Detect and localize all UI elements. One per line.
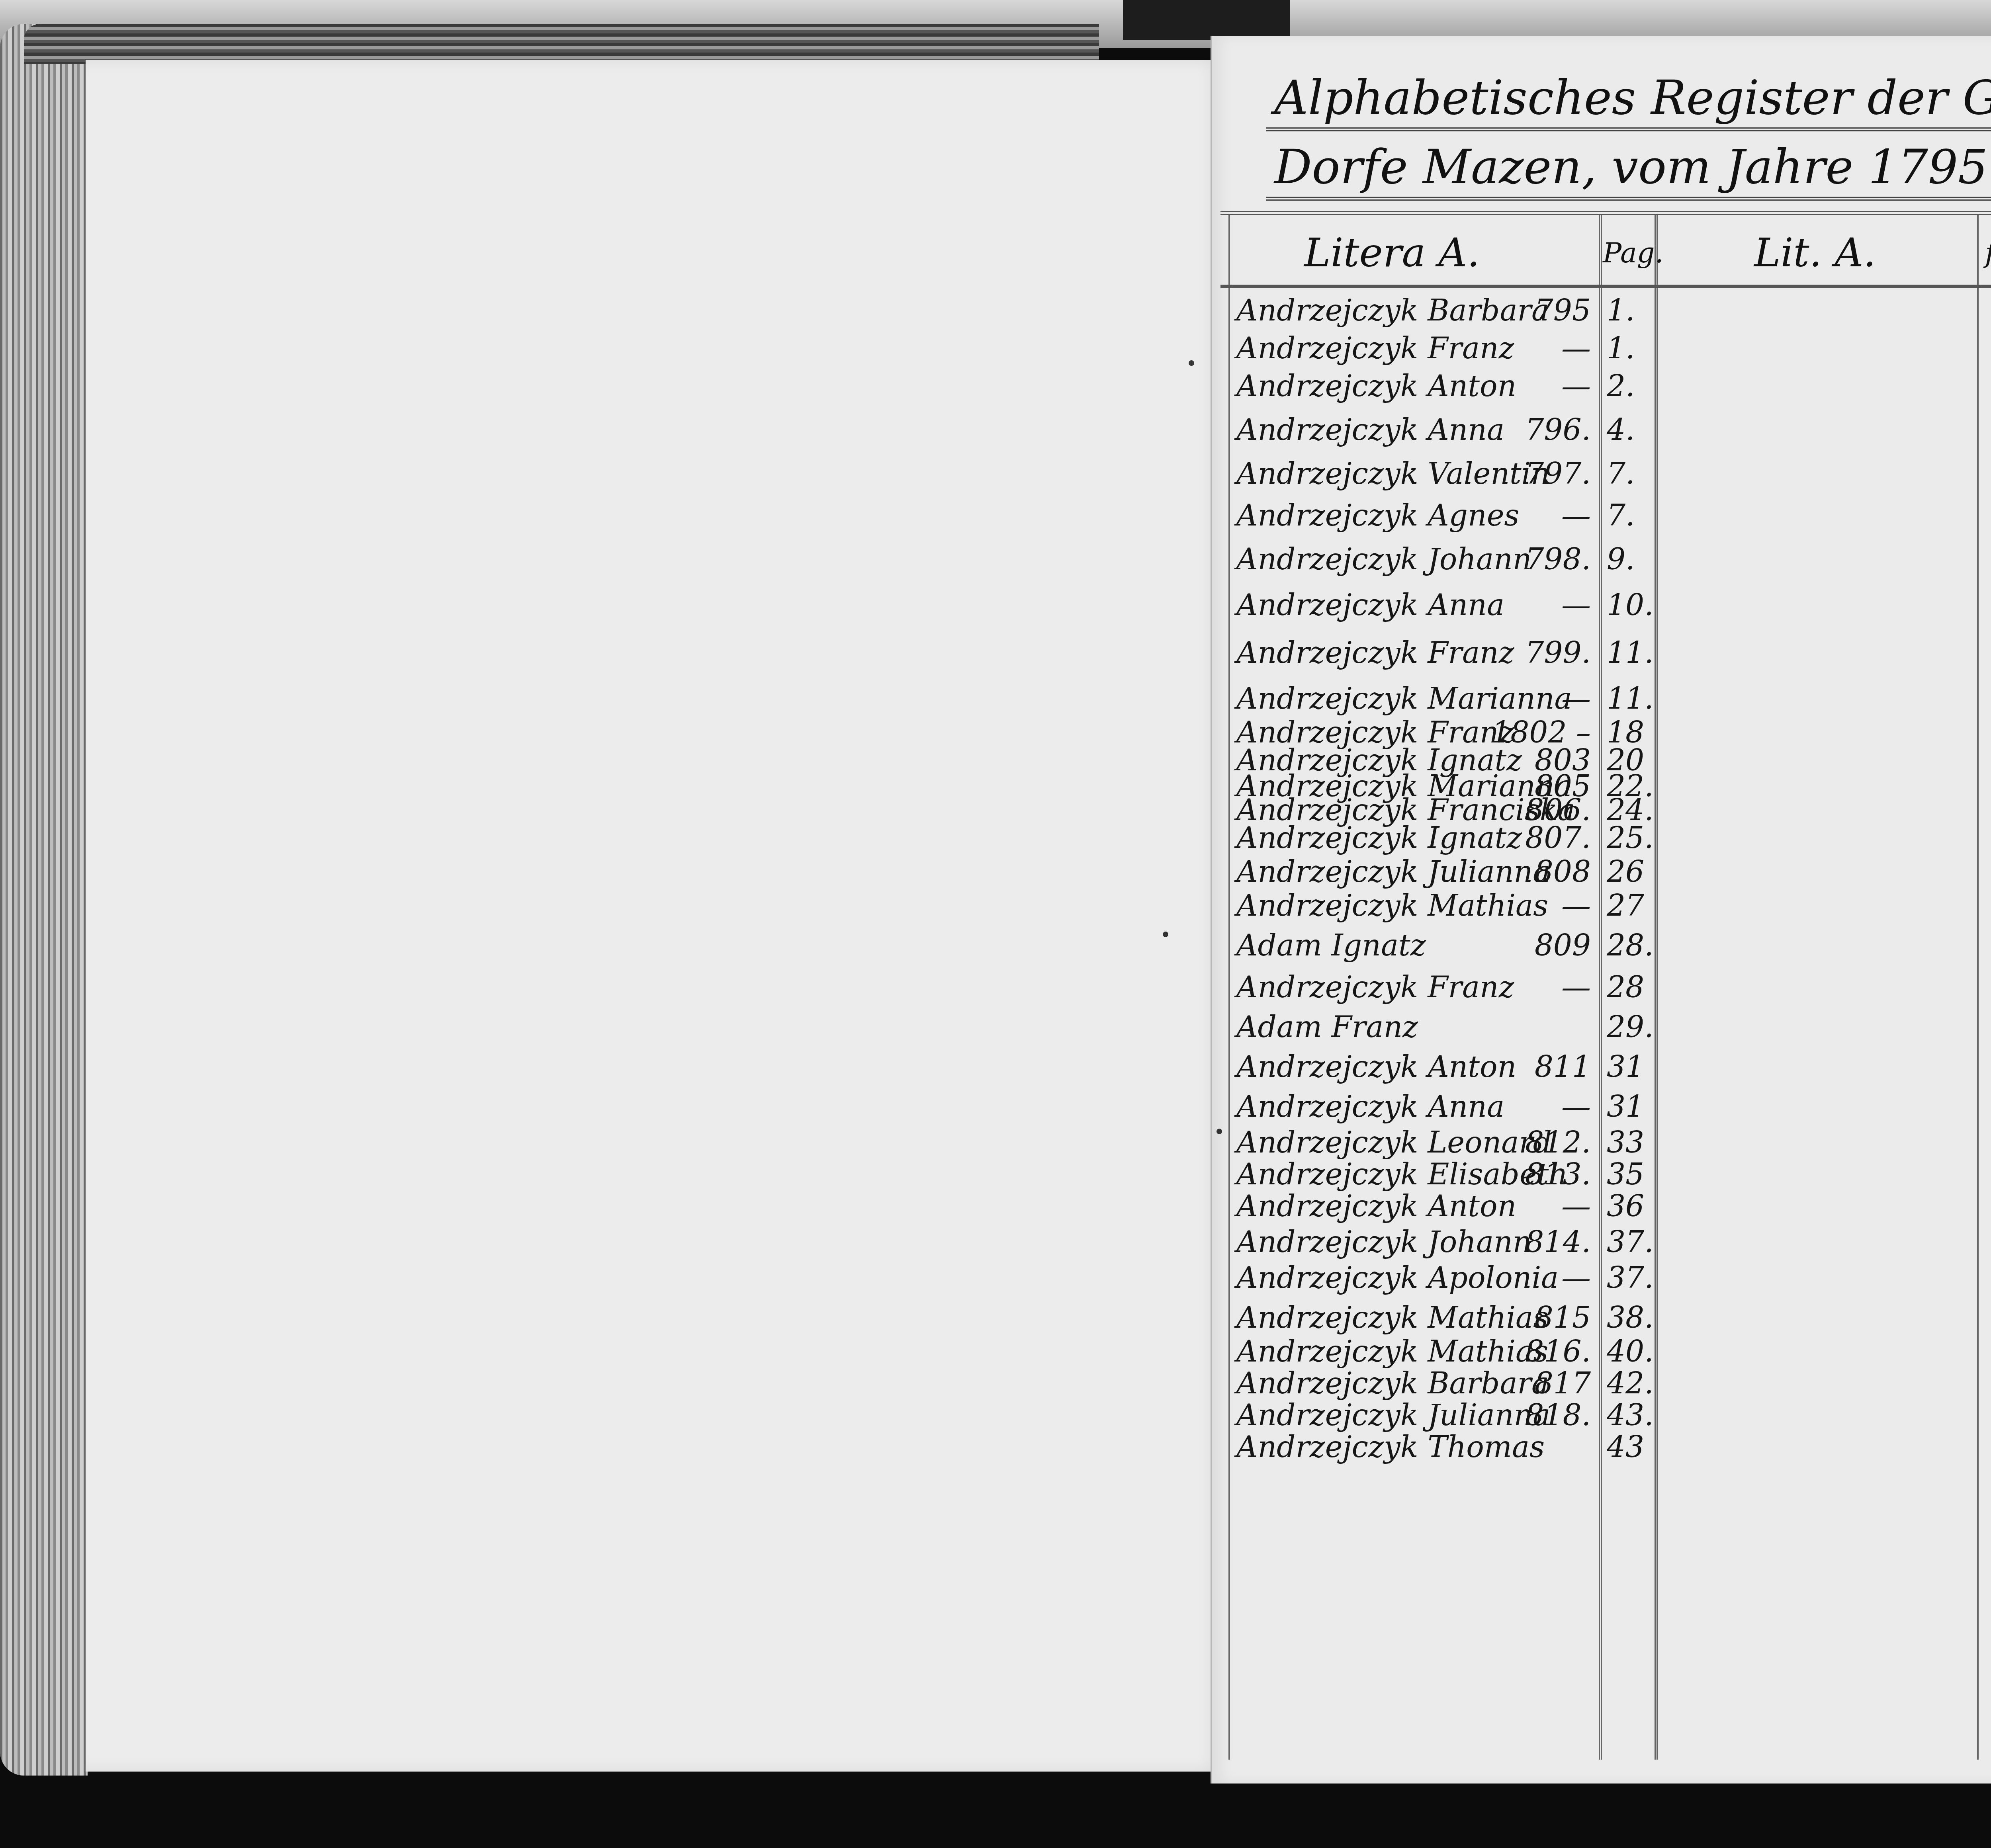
entry-year: 795 (1491, 295, 1591, 326)
entry-page: 7. (1607, 458, 1635, 490)
entry-name: Andrzejczyk Anna (1236, 1091, 1504, 1123)
entry-page: 11. (1607, 683, 1654, 715)
header-fol: fol. (1985, 231, 1991, 275)
table-row: Andrzejczyk Johann814.37. (1236, 1226, 1531, 1258)
entry-page: 37. (1607, 1226, 1654, 1258)
entry-name: Andrzejczyk Anton (1236, 1051, 1516, 1083)
open-register-book: Alphabetisches Register der Getauften im… (0, 0, 1991, 1848)
entry-page: 29. (1607, 1011, 1654, 1043)
entry-page: 42. (1607, 1367, 1654, 1399)
table-row: Andrzejczyk Johann798.9. (1236, 543, 1531, 575)
table-row: Andrzejczyk Anna796.4. (1236, 414, 1504, 446)
entry-year: 798. (1491, 543, 1591, 575)
header-lit-a: Lit. A. (1754, 231, 1876, 275)
entry-page: 33 (1607, 1127, 1644, 1158)
spine-binding (1123, 0, 1290, 40)
entry-name: Andrzejczyk Anton (1236, 370, 1516, 402)
entry-year: 796. (1491, 414, 1591, 446)
entry-page: 1. (1607, 332, 1635, 364)
table-row: Andrzejczyk Barbara81742. (1236, 1367, 1549, 1399)
entry-year: 807. (1491, 822, 1591, 854)
column-rule (1228, 215, 1230, 1760)
table-row: Andrzejczyk Apolonia—37. (1236, 1262, 1559, 1294)
entry-name: Andrzejczyk Franz (1236, 332, 1514, 364)
table-row: Andrzejczyk Anna—31 (1236, 1091, 1504, 1123)
entry-page: 36 (1607, 1190, 1644, 1222)
gutter (1211, 36, 1212, 1784)
entry-page: 43. (1607, 1399, 1654, 1431)
table-row: Andrzejczyk Franz799.11. (1236, 637, 1514, 669)
table-row: Andrzejczyk Franz—1. (1236, 332, 1514, 364)
entry-page: 10. (1607, 589, 1654, 621)
table-row: Andrzejczyk Anton—2. (1236, 370, 1516, 402)
entry-year: — (1491, 589, 1591, 621)
entry-page: 38. (1607, 1302, 1654, 1334)
entry-year: 797. (1491, 458, 1591, 490)
title-line-1: Alphabetisches Register der Getauften im (1266, 68, 1991, 131)
table-row: Andrzejczyk Leonard812.33 (1236, 1127, 1552, 1158)
register-table: Litera A. Pag. Lit. A. fol. B. fol. Andr… (1220, 211, 1991, 1760)
table-row: Andrzejczyk Barbara7951. (1236, 295, 1549, 326)
entry-name: Andrzejczyk Franz (1236, 637, 1514, 669)
table-row: Andrzejczyk Julianna80826 (1236, 856, 1550, 888)
entry-year: 808 (1491, 856, 1591, 888)
entry-page: 27 (1607, 890, 1644, 922)
left-page-blank (86, 60, 1224, 1772)
entry-year: 812. (1491, 1127, 1591, 1158)
entry-year: 814. (1491, 1226, 1591, 1258)
entry-year: — (1491, 370, 1591, 402)
entry-name: Andrzejczyk Ignatz (1236, 822, 1522, 854)
entry-name: Andrzejczyk Johann (1236, 543, 1531, 575)
entry-name: Andrzejczyk Johann (1236, 1226, 1531, 1258)
entry-page: 26 (1607, 856, 1644, 888)
entry-name: Andrzejczyk Anna (1236, 414, 1504, 446)
entry-name: Andrzejczyk Anna (1236, 589, 1504, 621)
entry-year: 809 (1491, 930, 1591, 961)
entry-year: 816. (1491, 1336, 1591, 1367)
entry-page: 9. (1607, 543, 1635, 575)
entry-page: 37. (1607, 1262, 1654, 1294)
entry-name: Adam Ignatz (1236, 930, 1426, 961)
page-edges-top (24, 24, 1099, 64)
entry-page: 4. (1607, 414, 1635, 446)
table-row: Andrzejczyk Anton—36 (1236, 1190, 1516, 1222)
table-row: Andrzejczyk Anton81131 (1236, 1051, 1516, 1083)
entry-year: 811 (1491, 1051, 1591, 1083)
entry-year: — (1491, 683, 1591, 715)
entry-name: Andrzejczyk Anton (1236, 1190, 1516, 1222)
entry-page: 2. (1607, 370, 1635, 402)
entry-page: 31 (1607, 1091, 1644, 1123)
entry-year: — (1491, 332, 1591, 364)
entry-name: Andrzejczyk Agnes (1236, 500, 1519, 531)
header-pag: Pag. (1603, 231, 1664, 275)
entry-year: 817 (1491, 1367, 1591, 1399)
entry-year: — (1491, 1091, 1591, 1123)
table-row: Andrzejczyk Thomas43 (1236, 1431, 1545, 1463)
entry-year: 799. (1491, 637, 1591, 669)
entry-year: — (1491, 1262, 1591, 1294)
entry-page: 25. (1607, 822, 1654, 854)
entry-page: 35 (1607, 1158, 1644, 1190)
entry-page: 28. (1607, 930, 1654, 961)
table-row: Andrzejczyk Julianna818.43. (1236, 1399, 1550, 1431)
entry-year: — (1491, 500, 1591, 531)
entry-page: 7. (1607, 500, 1635, 531)
table-row: Andrzejczyk Marianna—11. (1236, 683, 1572, 715)
entry-year: 815 (1491, 1302, 1591, 1334)
table-row: Adam Franz29. (1236, 1011, 1418, 1043)
column-rule (1977, 215, 1979, 1760)
table-row: Andrzejczyk Valentin797.7. (1236, 458, 1550, 490)
table-row: Andrzejczyk Franz—28 (1236, 971, 1514, 1003)
table-row: Andrzejczyk Mathias816.40. (1236, 1336, 1548, 1367)
entry-page: 43 (1607, 1431, 1644, 1463)
header-rule (1220, 285, 1991, 288)
ink-spot (1189, 360, 1194, 366)
table-row: Andrzejczyk Elisabeth813.35 (1236, 1158, 1568, 1190)
table-row: Andrzejczyk Agnes—7. (1236, 500, 1519, 531)
entry-name: Andrzejczyk Thomas (1236, 1431, 1545, 1463)
table-row: Andrzejczyk Mathias—27 (1236, 890, 1548, 922)
entry-name: Andrzejczyk Franz (1236, 971, 1514, 1003)
register-title: Alphabetisches Register der Getauften im… (1266, 68, 1991, 206)
table-row: Andrzejczyk Mathias81538. (1236, 1302, 1548, 1334)
entry-page: 40. (1607, 1336, 1654, 1367)
entry-page: 28 (1607, 971, 1644, 1003)
entry-page: 1. (1607, 295, 1635, 326)
page-edges-left (0, 24, 88, 1776)
entry-year: — (1491, 890, 1591, 922)
entry-page: 11. (1607, 637, 1654, 669)
title-line-2: Dorfe Mazen, vom Jahre 1795 zu (1266, 137, 1991, 201)
table-row: Adam Ignatz80928. (1236, 930, 1426, 961)
entry-year: — (1491, 971, 1591, 1003)
entry-page: 31 (1607, 1051, 1644, 1083)
entry-name: Adam Franz (1236, 1011, 1418, 1043)
entry-year: — (1491, 1190, 1591, 1222)
entry-year: 813. (1491, 1158, 1591, 1190)
column-rule (1655, 215, 1658, 1760)
ink-spot (1163, 932, 1168, 937)
table-row: Andrzejczyk Anna—10. (1236, 589, 1504, 621)
entry-year: 818. (1491, 1399, 1591, 1431)
column-rule (1599, 215, 1602, 1760)
table-row: Andrzejczyk Ignatz807.25. (1236, 822, 1522, 854)
header-litera-a: Litera A. (1304, 231, 1480, 275)
